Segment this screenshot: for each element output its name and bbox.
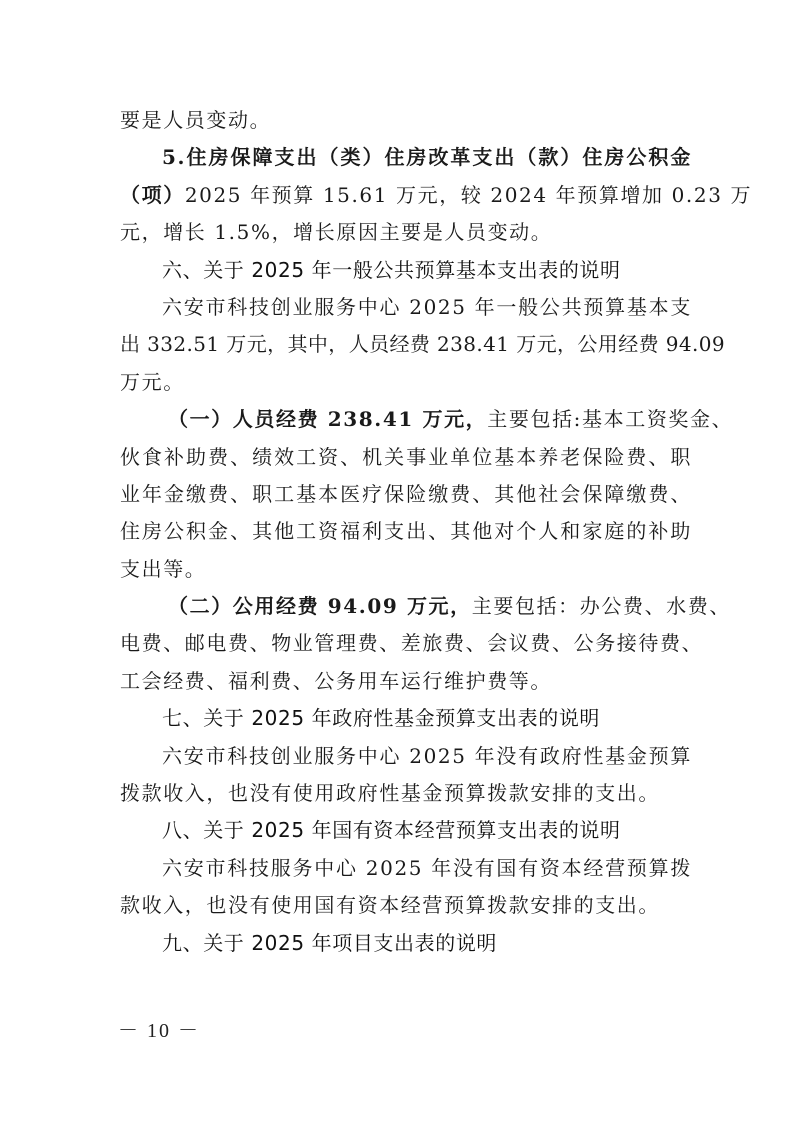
personnel-expense-title: （一）人员经费 238.41 万元， [168,407,487,431]
section-heading: 八、关于 2025 年国有资本经营预算支出表的说明 [162,818,621,842]
section-heading: 六、关于 2025 年一般公共预算基本支出表的说明 [162,258,621,282]
section-8-heading: 八、关于 2025 年国有资本经营预算支出表的说明 [120,812,692,849]
body-text: 万元。 [120,370,185,394]
paragraph-line: 六安市科技服务中心 2025 年没有国有资本经营预算拨 [120,850,692,887]
body-text: 2025 年预算 15.61 万元，较 2024 年预算增加 0.23 万 [185,183,752,207]
section-heading: 九、关于 2025 年项目支出表的说明 [162,931,497,955]
body-text: 六安市科技创业服务中心 2025 年没有政府性基金预算 [162,744,692,768]
body-text: 款收入，也没有使用国有资本经营预算拨款安排的支出。 [120,893,660,917]
page-number: － 10 － [118,1014,200,1043]
paragraph-line: 元，增长 1.5%，增长原因主要是人员变动。 [120,214,692,251]
section-9-heading: 九、关于 2025 年项目支出表的说明 [120,925,692,962]
paragraph-line: 伙食补助费、绩效工资、机关事业单位基本养老保险费、职 [120,439,692,476]
body-text: 六安市科技服务中心 2025 年没有国有资本经营预算拨 [162,856,692,880]
section-heading: 七、关于 2025 年政府性基金预算支出表的说明 [162,706,600,730]
body-text: 要是人员变动。 [120,108,271,132]
paragraph-line: 工会经费、福利费、公务用车运行维护费等。 [120,663,692,700]
body-text: 工会经费、福利费、公务用车运行维护费等。 [120,669,552,693]
paragraph-line: 业年金缴费、职工基本医疗保险缴费、其他社会保障缴费、 [120,476,692,513]
body-text: 住房公积金、其他工资福利支出、其他对个人和家庭的补助 [120,519,692,543]
public-expense-title: （二）公用经费 94.09 万元， [168,594,472,618]
paragraph-line: 拨款收入，也没有使用政府性基金预算拨款安排的支出。 [120,775,692,812]
body-text: 出 332.51 万元，其中，人员经费 238.41 万元，公用经费 94.09 [120,332,725,356]
personnel-expense-line: （一）人员经费 238.41 万元，主要包括:基本工资奖金、 [120,401,692,438]
body-text: 支出等。 [120,557,206,581]
paragraph-line: 支出等。 [120,551,692,588]
section-6-heading: 六、关于 2025 年一般公共预算基本支出表的说明 [120,252,692,289]
paragraph-line: 万元。 [120,364,692,401]
body-text: 主要包括：办公费、水费、 [472,594,731,618]
body-text: 主要包括:基本工资奖金、 [487,407,733,431]
paragraph-line: 六安市科技创业服务中心 2025 年一般公共预算基本支 [120,289,692,326]
item-5-title-cont: （项） [120,183,185,207]
section-7-heading: 七、关于 2025 年政府性基金预算支出表的说明 [120,700,692,737]
paragraph-line: 出 332.51 万元，其中，人员经费 238.41 万元，公用经费 94.09 [120,326,692,363]
body-text: 拨款收入，也没有使用政府性基金预算拨款安排的支出。 [120,781,660,805]
paragraph-line: （项）2025 年预算 15.61 万元，较 2024 年预算增加 0.23 万 [120,177,692,214]
paragraph-line: 住房公积金、其他工资福利支出、其他对个人和家庭的补助 [120,513,692,550]
paragraph-line: 电费、邮电费、物业管理费、差旅费、会议费、公务接待费、 [120,625,692,662]
item-5-title-line: 5.住房保障支出（类）住房改革支出（款）住房公积金 [120,139,692,176]
body-text: 伙食补助费、绩效工资、机关事业单位基本养老保险费、职 [120,445,692,469]
public-expense-line: （二）公用经费 94.09 万元，主要包括：办公费、水费、 [120,588,692,625]
body-text: 元，增长 1.5%，增长原因主要是人员变动。 [120,220,552,244]
body-text: 电费、邮电费、物业管理费、差旅费、会议费、公务接待费、 [120,631,703,655]
paragraph-line: 款收入，也没有使用国有资本经营预算拨款安排的支出。 [120,887,692,924]
document-page: 要是人员变动。 5.住房保障支出（类）住房改革支出（款）住房公积金 （项）202… [120,102,692,962]
paragraph-line: 六安市科技创业服务中心 2025 年没有政府性基金预算 [120,738,692,775]
item-5-title: 5.住房保障支出（类）住房改革支出（款）住房公积金 [162,145,692,169]
body-text: 六安市科技创业服务中心 2025 年一般公共预算基本支 [162,295,692,319]
body-text: 业年金缴费、职工基本医疗保险缴费、其他社会保障缴费、 [120,482,692,506]
paragraph-line: 要是人员变动。 [120,102,692,139]
